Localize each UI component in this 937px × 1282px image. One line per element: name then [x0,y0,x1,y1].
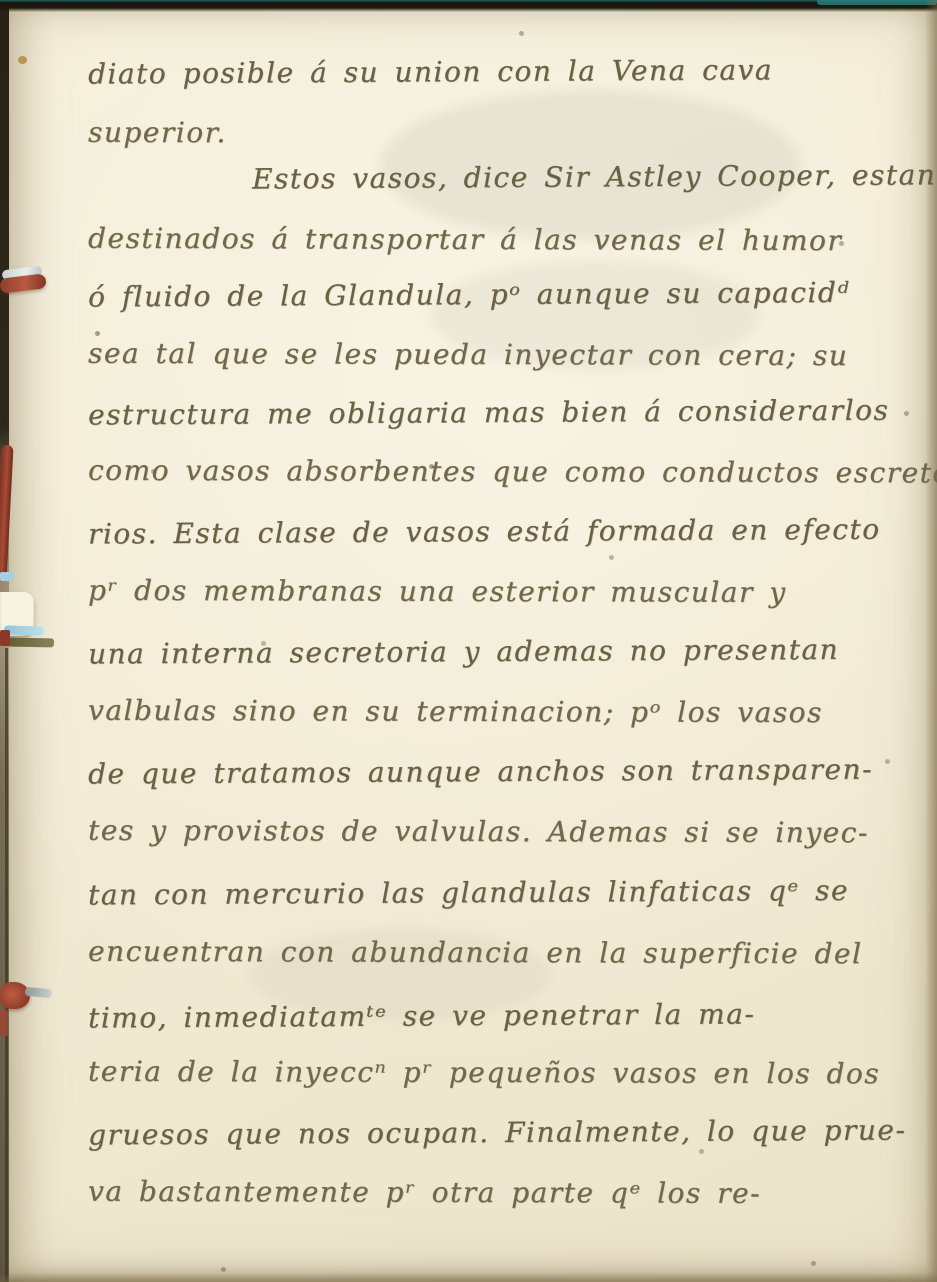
manuscript-line-11: una interna secretoria y ademas no prese… [88,628,903,677]
manuscript-line-10: pʳ dos membranas una esterior muscular y [88,569,903,616]
manuscript-line-2: superior. [88,111,903,158]
manuscript-line-7: estructura me obligaria mas bien á consi… [88,389,903,438]
manuscript-line-17: timo, inmediatamᵗᵉ se ve penetrar la ma- [88,992,903,1041]
manuscript-line-6: sea tal que se les pueda inyectar con ce… [88,332,903,379]
manuscript-line-12: valbulas sino en su terminacion; pᵒ los … [88,689,903,736]
manuscript-line-8: como vasos absorbentes que como conducto… [88,449,903,496]
manuscript-line-5: ó fluido de la Glandula, pᵒ aunque su ca… [88,271,903,320]
manuscript-text-block: diato posible á su union con la Vena cav… [0,0,937,1282]
manuscript-line-13: de que tratamos aunque anchos son transp… [88,748,903,797]
manuscript-line-16: encuentran con abundancia en la superfic… [88,930,903,977]
manuscript-line-20: va bastantemente pʳ otra parte qᵉ los re… [88,1170,903,1217]
manuscript-scan-page: diato posible á su union con la Vena cav… [0,0,937,1282]
manuscript-line-18: teria de la inyeccⁿ pʳ pequeños vasos en… [88,1050,903,1097]
manuscript-line-15: tan con mercurio las glandulas linfatica… [88,869,903,918]
manuscript-line-1: diato posible á su union con la Vena cav… [88,48,903,97]
manuscript-line-14: tes y provistos de valvulas. Ademas si s… [88,809,903,856]
manuscript-line-4: destinados á transportar á las venas el … [88,217,903,264]
manuscript-line-9: rios. Esta clase de vasos está formada e… [88,508,903,557]
manuscript-line-3: Estos vasos, dice Sir Astley Cooper, est… [252,153,937,202]
manuscript-line-19: gruesos que nos ocupan. Finalmente, lo q… [88,1109,903,1158]
